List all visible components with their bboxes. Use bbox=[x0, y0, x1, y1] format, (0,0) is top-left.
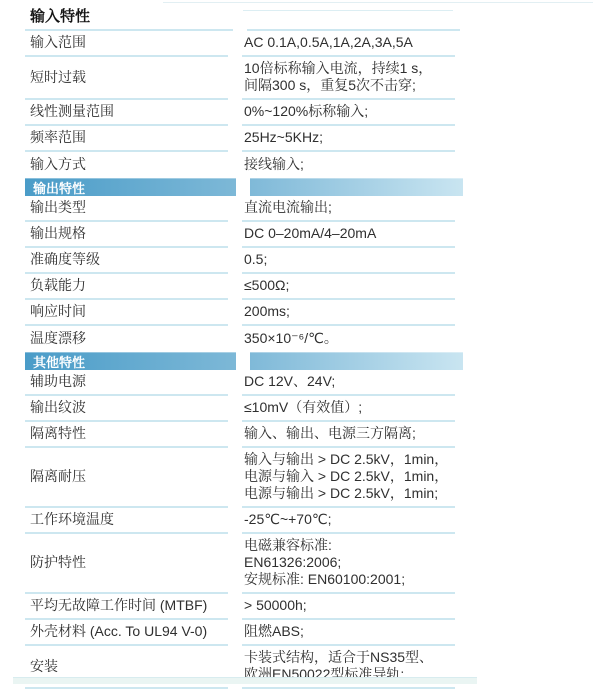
spec-value: 输入与输出 > DC 2.5kV，1min，电源与输入 > DC 2.5kV，1… bbox=[242, 448, 455, 508]
spec-row: 短时过载10倍标称输入电流，持续1 s，间隔300 s，重复5次不击穿; bbox=[25, 57, 606, 100]
spec-value-line: 直流电流输出; bbox=[244, 199, 455, 216]
spec-label: 输出类型 bbox=[25, 196, 228, 222]
section-header-fill bbox=[250, 352, 463, 370]
spec-row: 隔离特性输入、输出、电源三方隔离; bbox=[25, 422, 606, 448]
spec-label: 输入方式 bbox=[25, 152, 228, 176]
spec-label-text: 隔离特性 bbox=[30, 425, 228, 442]
spec-label: 频率范围 bbox=[25, 126, 228, 152]
spec-value: 直流电流输出; bbox=[242, 196, 455, 222]
spec-label: 防护特性 bbox=[25, 534, 228, 594]
spec-label-text: 输出纹波 bbox=[30, 399, 228, 416]
spec-table: 输入范围AC 0.1A,0.5A,1A,2A,3A,5A短时过载10倍标称输入电… bbox=[25, 31, 606, 689]
spec-value-line: 350×10⁻⁶/℃。 bbox=[244, 330, 455, 347]
spec-label: 输入范围 bbox=[25, 31, 228, 57]
title-row: 输入特性 bbox=[25, 5, 606, 31]
spec-value-line: ≤10mV（有效值）; bbox=[244, 399, 455, 416]
spec-label: 隔离特性 bbox=[25, 422, 228, 448]
bottom-cutoff-band bbox=[13, 677, 477, 684]
spec-label-text: 防护特性 bbox=[30, 554, 228, 571]
spec-label-text: 频率范围 bbox=[30, 129, 228, 146]
spec-label: 辅助电源 bbox=[25, 370, 228, 396]
spec-label-text: 隔离耐压 bbox=[30, 468, 228, 485]
spec-value-line: DC 0–20mA/4–20mA bbox=[244, 225, 455, 242]
spec-value-line: DC 12V、24V; bbox=[244, 373, 455, 390]
spec-row: 工作环境温度-25℃~+70℃; bbox=[25, 508, 606, 534]
spec-label-text: 准确度等级 bbox=[30, 251, 228, 268]
spec-row: 平均无故障工作时间 (MTBF)> 50000h; bbox=[25, 594, 606, 620]
spec-value-line: 10倍标称输入电流，持续1 s， bbox=[244, 60, 455, 77]
section-header-label: 其他特性 bbox=[25, 352, 236, 370]
spec-value: 350×10⁻⁶/℃。 bbox=[242, 326, 455, 350]
spec-label-text: 安装 bbox=[30, 658, 228, 675]
spec-value: ≤10mV（有效值）; bbox=[242, 396, 455, 422]
spec-label-text: 输出类型 bbox=[30, 199, 228, 216]
top-cutoff-line bbox=[163, 2, 593, 3]
spec-label: 工作环境温度 bbox=[25, 508, 228, 534]
spec-value-line: 25Hz~5KHz; bbox=[244, 129, 455, 146]
spec-value: DC 12V、24V; bbox=[242, 370, 455, 396]
spec-label-text: 输入范围 bbox=[30, 34, 228, 51]
spec-label: 温度漂移 bbox=[25, 326, 228, 350]
spec-row: 响应时间200ms; bbox=[25, 300, 606, 326]
spec-label: 隔离耐压 bbox=[25, 448, 228, 508]
spec-value-line: 间隔300 s，重复5次不击穿; bbox=[244, 77, 455, 94]
spec-label: 负载能力 bbox=[25, 274, 228, 300]
spec-row: 温度漂移350×10⁻⁶/℃。 bbox=[25, 326, 606, 350]
spec-row: 输出规格DC 0–20mA/4–20mA bbox=[25, 222, 606, 248]
spec-value-line: 电源与输入 > DC 2.5kV，1min， bbox=[244, 468, 455, 485]
spec-value: ≤500Ω; bbox=[242, 274, 455, 300]
spec-value-line: 电源与输出 > DC 2.5kV，1min; bbox=[244, 485, 455, 502]
spec-label: 线性测量范围 bbox=[25, 100, 228, 126]
spec-value: 10倍标称输入电流，持续1 s，间隔300 s，重复5次不击穿; bbox=[242, 57, 455, 100]
spec-value: 25Hz~5KHz; bbox=[242, 126, 455, 152]
spec-label-text: 负载能力 bbox=[30, 277, 228, 294]
spec-row: 频率范围25Hz~5KHz; bbox=[25, 126, 606, 152]
spec-row: 输入范围AC 0.1A,0.5A,1A,2A,3A,5A bbox=[25, 31, 606, 57]
spec-label-text: 线性测量范围 bbox=[30, 103, 228, 120]
spec-row: 负载能力≤500Ω; bbox=[25, 274, 606, 300]
section-header-label: 输出特性 bbox=[25, 178, 236, 196]
spec-label-text: 外壳材料 (Acc. To UL94 V-0) bbox=[30, 623, 228, 640]
spec-value: 接线输入; bbox=[242, 152, 455, 176]
spec-value: AC 0.1A,0.5A,1A,2A,3A,5A bbox=[242, 31, 455, 57]
spec-value-line: 输入、输出、电源三方隔离; bbox=[244, 425, 455, 442]
spec-value: 阻燃ABS; bbox=[242, 620, 455, 646]
spec-row: 线性测量范围0%~120%标称输入; bbox=[25, 100, 606, 126]
spec-value: 0.5; bbox=[242, 248, 455, 274]
spec-row: 防护特性电磁兼容标准:EN61326:2006;安规标准: EN60100:20… bbox=[25, 534, 606, 594]
spec-row: 输入方式接线输入; bbox=[25, 152, 606, 176]
spec-label-text: 输出规格 bbox=[30, 225, 228, 242]
spec-row: 外壳材料 (Acc. To UL94 V-0)阻燃ABS; bbox=[25, 620, 606, 646]
spec-value-line: 输入与输出 > DC 2.5kV，1min， bbox=[244, 451, 455, 468]
spec-value-line: 0.5; bbox=[244, 251, 455, 268]
spec-label: 准确度等级 bbox=[25, 248, 228, 274]
spec-value-line: 电磁兼容标准: bbox=[244, 537, 455, 554]
spec-label: 输出纹波 bbox=[25, 396, 228, 422]
spec-label-text: 辅助电源 bbox=[30, 373, 228, 390]
spec-label: 平均无故障工作时间 (MTBF) bbox=[25, 594, 228, 620]
page-title: 输入特性 bbox=[30, 8, 233, 25]
spec-value-line: -25℃~+70℃; bbox=[244, 511, 455, 528]
section-header-fill bbox=[250, 178, 463, 196]
spec-label: 短时过载 bbox=[25, 57, 228, 100]
spec-value-line: 200ms; bbox=[244, 303, 455, 320]
spec-label-text: 响应时间 bbox=[30, 303, 228, 320]
spec-value-line: ≤500Ω; bbox=[244, 277, 455, 294]
spec-value-line: 阻燃ABS; bbox=[244, 623, 455, 640]
spec-value-line: 接线输入; bbox=[244, 156, 455, 173]
spec-value: 0%~120%标称输入; bbox=[242, 100, 455, 126]
spec-value-line: > 50000h; bbox=[244, 597, 455, 614]
spec-label: 输出规格 bbox=[25, 222, 228, 248]
spec-label-text: 温度漂移 bbox=[30, 330, 228, 347]
title-divider-right bbox=[247, 5, 460, 31]
spec-value-line: 安规标准: EN60100:2001; bbox=[244, 571, 455, 588]
section-header-bar: 输出特性 bbox=[25, 178, 606, 196]
spec-sheet: 输入特性 输入范围AC 0.1A,0.5A,1A,2A,3A,5A短时过载10倍… bbox=[0, 0, 606, 689]
spec-value: > 50000h; bbox=[242, 594, 455, 620]
spec-label-text: 输入方式 bbox=[30, 156, 228, 173]
spec-row: 输出纹波≤10mV（有效值）; bbox=[25, 396, 606, 422]
spec-row: 隔离耐压输入与输出 > DC 2.5kV，1min，电源与输入 > DC 2.5… bbox=[25, 448, 606, 508]
spec-value-line: AC 0.1A,0.5A,1A,2A,3A,5A bbox=[244, 34, 455, 51]
spec-row: 输出类型直流电流输出; bbox=[25, 196, 606, 222]
spec-value-line: 0%~120%标称输入; bbox=[244, 103, 455, 120]
spec-row: 准确度等级0.5; bbox=[25, 248, 606, 274]
section-header-bar: 其他特性 bbox=[25, 352, 606, 370]
spec-label-text: 短时过载 bbox=[30, 69, 228, 86]
spec-value: 200ms; bbox=[242, 300, 455, 326]
spec-value: 输入、输出、电源三方隔离; bbox=[242, 422, 455, 448]
spec-value: DC 0–20mA/4–20mA bbox=[242, 222, 455, 248]
spec-label: 响应时间 bbox=[25, 300, 228, 326]
spec-value: -25℃~+70℃; bbox=[242, 508, 455, 534]
spec-label-text: 平均无故障工作时间 (MTBF) bbox=[30, 597, 228, 614]
spec-value-line: 卡装式结构，适合于NS35型、 bbox=[244, 649, 455, 666]
spec-label: 外壳材料 (Acc. To UL94 V-0) bbox=[25, 620, 228, 646]
spec-value: 电磁兼容标准:EN61326:2006;安规标准: EN60100:2001; bbox=[242, 534, 455, 594]
spec-label-text: 工作环境温度 bbox=[30, 511, 228, 528]
spec-value-line: EN61326:2006; bbox=[244, 554, 455, 571]
spec-row: 辅助电源DC 12V、24V; bbox=[25, 370, 606, 396]
top-cutoff-line-right bbox=[243, 10, 453, 11]
